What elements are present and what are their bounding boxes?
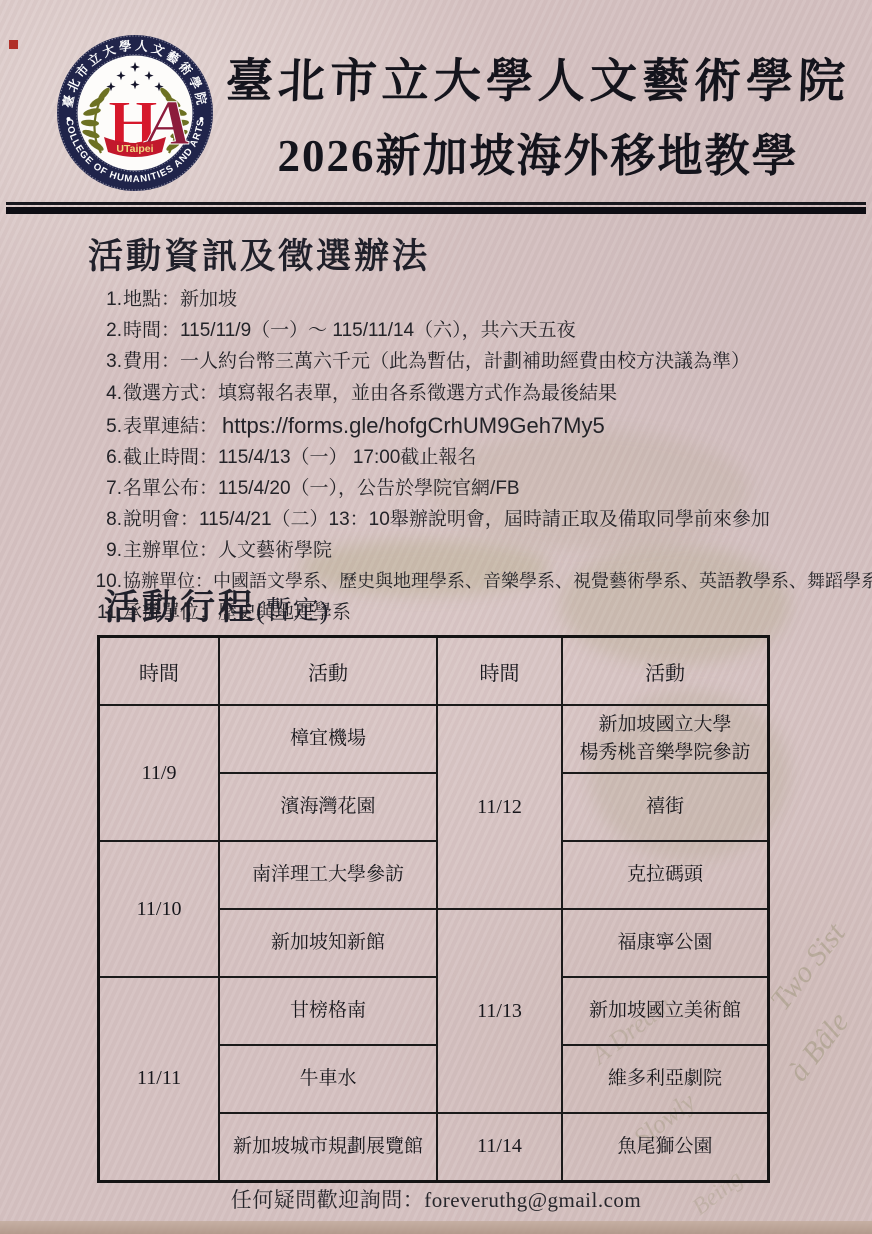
item-number: 6. (90, 446, 122, 469)
watermark-text: à Bâle (781, 1006, 855, 1088)
activity-cell: 樟宜機場 (219, 705, 437, 773)
column-header-activity-right: 活動 (562, 637, 768, 706)
item-text: 費用：一人約台幣三萬六千元（此為暫估，計劃補助經費由校方決議為準） (123, 350, 750, 373)
footer-label: 任何疑問歡迎詢問： (231, 1188, 425, 1212)
item-number: 9. (90, 539, 122, 562)
activity-cell: 新加坡知新館 (219, 909, 437, 977)
date-cell: 11/14 (437, 1113, 562, 1181)
page-bottom-edge (0, 1221, 872, 1234)
item-text: 徵選方式：填寫報名表單，並由各系徵選方式作為最後結果 (123, 382, 617, 405)
table-row: 11/11 甘榜格南 新加坡國立美術館 (99, 977, 769, 1045)
activity-cell: 福康寧公園 (562, 909, 768, 977)
info-section-heading: 活動資訊及徵選辦法 (88, 229, 430, 279)
scan-artifact (9, 40, 18, 49)
list-item-selection: 4. 徵選方式：填寫報名表單，並由各系徵選方式作為最後結果 (90, 382, 860, 405)
item-number: 5. (90, 415, 122, 438)
activity-cell: 維多利亞劇院 (562, 1045, 768, 1113)
list-item-form-link: 5. 表單連結： https://forms.gle/hofgCrhUM9Geh… (90, 413, 860, 440)
activity-cell: 濱海灣花園 (219, 773, 437, 841)
item-text: 地點：新加坡 (123, 288, 237, 311)
watermark-text: Two Sist (764, 917, 853, 1017)
item-text: 截止時間：115/4/13（一） 17:00截止報名 (123, 446, 476, 469)
activity-cell: 新加坡城市規劃展覽館 (219, 1113, 437, 1181)
column-header-time-right: 時間 (437, 637, 562, 706)
list-item-cost: 3. 費用：一人約台幣三萬六千元（此為暫估，計劃補助經費由校方決議為準） (90, 350, 860, 373)
column-header-time-left: 時間 (99, 637, 220, 706)
footer-contact: 任何疑問歡迎詢問：foreveruthg@gmail.com (0, 1184, 872, 1214)
double-rule-divider (6, 202, 866, 214)
list-item-organizer: 9. 主辦單位：人文藝術學院 (90, 539, 860, 562)
activity-cell: 甘榜格南 (219, 977, 437, 1045)
list-item-deadline: 6. 截止時間：115/4/13（一） 17:00截止報名 (90, 446, 860, 469)
item-number: 7. (90, 477, 122, 500)
contact-email[interactable]: foreveruthg@gmail.com (424, 1188, 641, 1212)
list-item-announcement: 7. 名單公布：115/4/20（一），公告於學院官網/FB (90, 477, 860, 500)
list-item-dates: 2. 時間：115/11/9（一）～ 115/11/14（六），共六天五夜 (90, 319, 860, 342)
item-text: 時間：115/11/9（一）～ 115/11/14（六），共六天五夜 (123, 319, 576, 342)
item-text: 名單公布：115/4/20（一），公告於學院官網/FB (123, 477, 520, 500)
table-row: 11/10 南洋理工大學參訪 克拉碼頭 (99, 841, 769, 909)
schedule-section-heading: 活動行程(暫定) (104, 580, 329, 630)
activity-cell: 克拉碼頭 (562, 841, 768, 909)
item-number: 1. (90, 288, 122, 311)
seal-dot-right (200, 117, 204, 121)
item-number: 2. (90, 319, 122, 342)
date-cell: 11/13 (437, 909, 562, 1113)
item-text: 表單連結： (123, 415, 218, 438)
list-item-briefing: 8. 說明會：115/4/21（二）13：10舉辦說明會，屆時請正取及備取同學前… (90, 508, 860, 531)
date-cell: 11/12 (437, 705, 562, 909)
college-title-calligraphy: 臺北市立大學人文藝術學院 (211, 44, 865, 111)
college-seal-logo: 臺北市立大學人文藝術學院 COLLEGE OF HUMANITIES AND A… (55, 33, 215, 193)
program-title: 2026新加坡海外移地教學 (212, 119, 864, 184)
date-cell: 11/9 (99, 705, 220, 841)
seal-dot-left (67, 117, 71, 121)
item-text: 主辦單位：人文藝術學院 (123, 539, 332, 562)
date-cell: 11/11 (99, 977, 220, 1181)
table-header-row: 時間 活動 時間 活動 (99, 637, 769, 706)
schedule-heading-text: 活動行程 (104, 588, 256, 627)
activity-cell: 南洋理工大學參訪 (219, 841, 437, 909)
item-number: 3. (90, 350, 122, 373)
form-link[interactable]: https://forms.gle/hofgCrhUM9Geh7My5 (222, 413, 605, 440)
schedule-table: 時間 活動 時間 活動 11/9 樟宜機場 11/12 新加坡國立大學 楊秀桃音… (97, 635, 770, 1183)
activity-cell: 魚尾獅公園 (562, 1113, 768, 1181)
activity-cell: 禧街 (562, 773, 768, 841)
column-header-activity-left: 活動 (219, 637, 437, 706)
item-number: 8. (90, 508, 122, 531)
seal-ribbon-text: UTaipei (116, 143, 153, 155)
poster-page: Two Sist à Bâle A Dream Slowly Being 臺北市… (0, 0, 872, 1234)
activity-cell: 牛車水 (219, 1045, 437, 1113)
item-number: 4. (90, 382, 122, 405)
list-item-location: 1. 地點：新加坡 (90, 288, 860, 311)
activity-cell: 新加坡國立大學 楊秀桃音樂學院參訪 (562, 705, 768, 773)
activity-cell: 新加坡國立美術館 (562, 977, 768, 1045)
item-text: 說明會：115/4/21（二）13：10舉辦說明會，屆時請正取及備取同學前來參加 (123, 508, 770, 531)
table-row: 11/9 樟宜機場 11/12 新加坡國立大學 楊秀桃音樂學院參訪 (99, 705, 769, 773)
schedule-heading-suffix: (暫定) (256, 596, 329, 625)
date-cell: 11/10 (99, 841, 220, 977)
